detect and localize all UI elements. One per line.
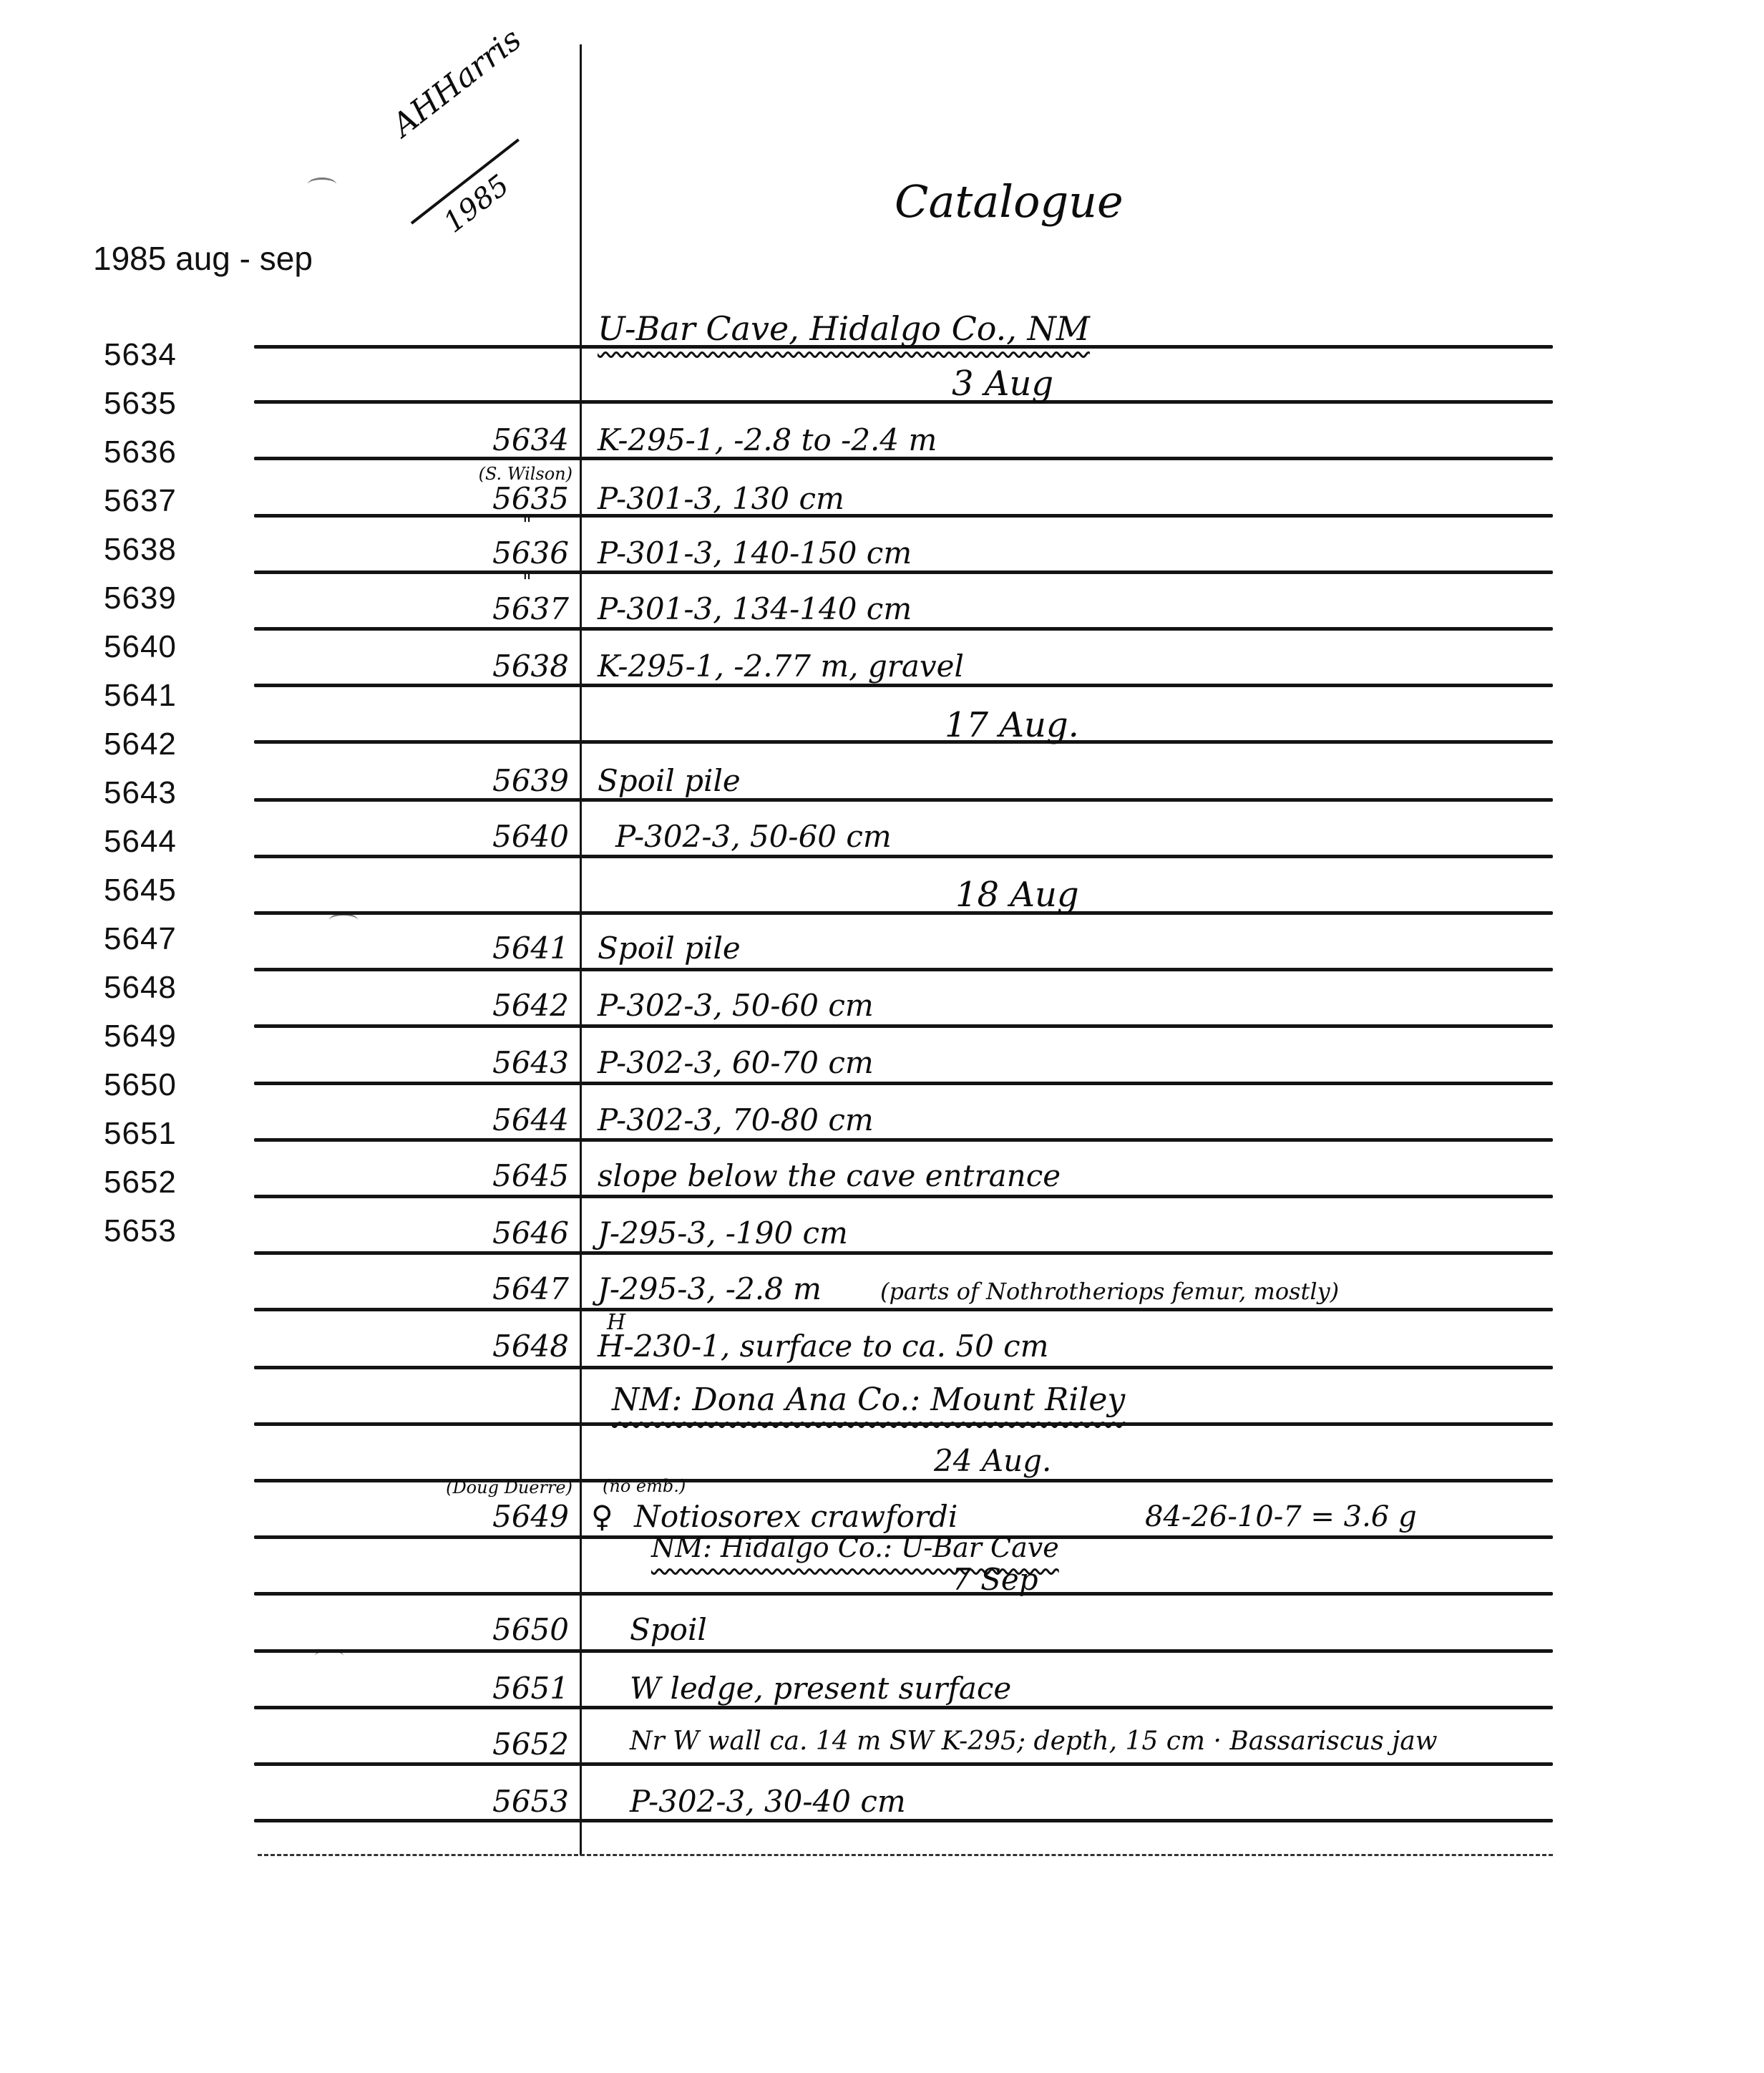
catalogue-number: 5641: [268, 931, 569, 966]
page-heading: Catalogue: [895, 175, 1124, 228]
locality-heading: NM: Hidalgo Co.: U-Bar Cave: [651, 1532, 1059, 1563]
ruled-line: [254, 855, 1553, 858]
catalogue-number: 5636: [268, 535, 569, 571]
printed-number-column: 5634 5635 5636 5637 5638 5639 5640 5641 …: [104, 331, 177, 1256]
column-divider: [580, 44, 582, 1855]
ruled-line: [254, 1819, 1553, 1822]
specimen-description: K-295-1, -2.8 to -2.4 m: [598, 422, 937, 457]
catalogue-number: 5635: [268, 481, 569, 516]
specimen-description: P-302-3, 30-40 cm: [630, 1784, 906, 1819]
specimen-note: (parts of Nothrotheriops femur, mostly): [880, 1278, 1339, 1305]
ruled-line: [254, 1308, 1553, 1311]
embryo-note: (no emb.): [603, 1476, 686, 1496]
specimen-description: J-295-3, -190 cm: [598, 1215, 848, 1251]
ditto-mark: ": [522, 513, 532, 536]
specimen-description: P-301-3, 130 cm: [598, 481, 844, 516]
date-heading: 7 Sep: [952, 1562, 1038, 1597]
specimen-description: W ledge, present surface: [630, 1671, 1011, 1706]
printed-number: 5636: [104, 428, 177, 477]
specimen-description: slope below the cave entrance: [598, 1158, 1061, 1193]
ruled-line: [254, 684, 1553, 687]
locality-heading: U-Bar Cave, Hidalgo Co., NM: [598, 309, 1090, 348]
ruled-line: [254, 1762, 1553, 1766]
specimen-description: Spoil: [630, 1612, 707, 1647]
printed-number: 5650: [104, 1061, 177, 1110]
ruled-line: [254, 571, 1553, 574]
printed-number: 5642: [104, 720, 177, 769]
printed-number: 5651: [104, 1110, 177, 1158]
specimen-description: K-295-1, -2.77 m, gravel: [598, 649, 964, 684]
specimen-description: H-230-1, surface to ca. 50 cm: [598, 1329, 1049, 1364]
catalogue-number: 5651: [268, 1671, 569, 1706]
printed-number: 5645: [104, 866, 177, 915]
ruled-line: [254, 400, 1553, 404]
specimen-description: P-302-3, 50-60 cm: [598, 988, 874, 1023]
scan-smudge: [308, 178, 336, 191]
ruled-line: [254, 1649, 1553, 1653]
printed-number: 5638: [104, 525, 177, 574]
ruled-line: [254, 627, 1553, 631]
catalogue-number: 5653: [268, 1784, 569, 1819]
specimen-description: P-302-3, 70-80 cm: [598, 1102, 874, 1137]
printed-number: 5640: [104, 623, 177, 671]
catalogue-number: 5644: [268, 1102, 569, 1137]
specimen-description: Spoil pile: [598, 931, 741, 966]
ruled-line: [254, 911, 1553, 915]
catalogue-number: 5648: [268, 1329, 569, 1364]
printed-number: 5637: [104, 477, 177, 525]
printed-number: 5649: [104, 1012, 177, 1061]
ruled-line: [254, 1024, 1553, 1028]
catalogue-number: 5652: [268, 1727, 569, 1762]
printed-number: 5643: [104, 769, 177, 817]
scan-smudge: [329, 913, 358, 927]
ruled-line: [254, 1592, 1553, 1596]
female-sex-symbol: ♀: [591, 1499, 613, 1534]
specimen-description: Nr W wall ca. 14 m SW K-295; depth, 15 c…: [630, 1727, 1438, 1756]
printed-number: 5635: [104, 379, 177, 428]
ruled-line: [254, 1366, 1553, 1369]
printed-number: 5644: [104, 817, 177, 866]
specimen-description: P-302-3, 60-70 cm: [598, 1045, 874, 1080]
specimen-description: P-301-3, 140-150 cm: [598, 535, 912, 571]
signature-year: 1985: [438, 169, 516, 240]
catalogue-number: 5639: [268, 763, 569, 798]
specimen-description: P-302-3, 50-60 cm: [615, 819, 892, 854]
catalogue-number: 5649: [268, 1499, 569, 1534]
ruled-line: [254, 1422, 1553, 1426]
specimen-description: Spoil pile: [598, 763, 741, 798]
catalogue-number: 5638: [268, 649, 569, 684]
collector-name: (Doug Duerre): [265, 1477, 572, 1497]
printed-number: 5653: [104, 1207, 177, 1256]
date-range-label: 1985 aug - sep: [93, 239, 313, 278]
species-name: Notiosorex crawfordi: [634, 1499, 957, 1534]
locality-heading: NM: Dona Ana Co.: Mount Riley: [612, 1382, 1125, 1418]
ruled-line: [254, 968, 1553, 971]
printed-number: 5652: [104, 1158, 177, 1207]
printed-number: 5648: [104, 963, 177, 1012]
catalogue-number: 5647: [268, 1271, 569, 1306]
catalogue-number: 5642: [268, 988, 569, 1023]
catalogue-number: 5646: [268, 1215, 569, 1251]
date-heading: 3 Aug: [952, 364, 1053, 404]
date-heading: 24 Aug.: [934, 1443, 1051, 1478]
printed-number: 5634: [104, 331, 177, 379]
specimen-description: P-301-3, 134-140 cm: [598, 591, 912, 626]
specimen-description: J-295-3, -2.8 m cm (parts of Nothrotheri…: [598, 1271, 1339, 1306]
ruled-line: [254, 798, 1553, 802]
catalogue-number: 5634: [268, 422, 569, 457]
ditto-mark: ": [522, 570, 532, 593]
ruled-line: [254, 1706, 1553, 1709]
author-signature: AHHarris: [386, 21, 529, 144]
date-heading: 17 Aug.: [945, 705, 1079, 745]
ruled-line: [254, 740, 1553, 744]
printed-number: 5639: [104, 574, 177, 623]
date-heading: 18 Aug: [955, 875, 1079, 915]
specimen-description: ♀ Notiosorex crawfordi: [591, 1499, 957, 1534]
ruled-line: [254, 1195, 1553, 1198]
catalogue-number: 5643: [268, 1045, 569, 1080]
catalogue-number: 5637: [268, 591, 569, 626]
bottom-dashed-rule: [258, 1854, 1553, 1856]
ruled-line: [254, 1251, 1553, 1255]
body-measurements: 84-26-10-7 = 3.6 g: [1145, 1500, 1417, 1533]
ruled-line: [254, 1082, 1553, 1085]
catalogue-number: 5640: [268, 819, 569, 854]
ruled-line: [254, 1138, 1553, 1142]
catalogue-number: 5645: [268, 1158, 569, 1193]
catalogue-number: 5650: [268, 1612, 569, 1647]
printed-number: 5641: [104, 671, 177, 720]
printed-number: 5647: [104, 915, 177, 963]
